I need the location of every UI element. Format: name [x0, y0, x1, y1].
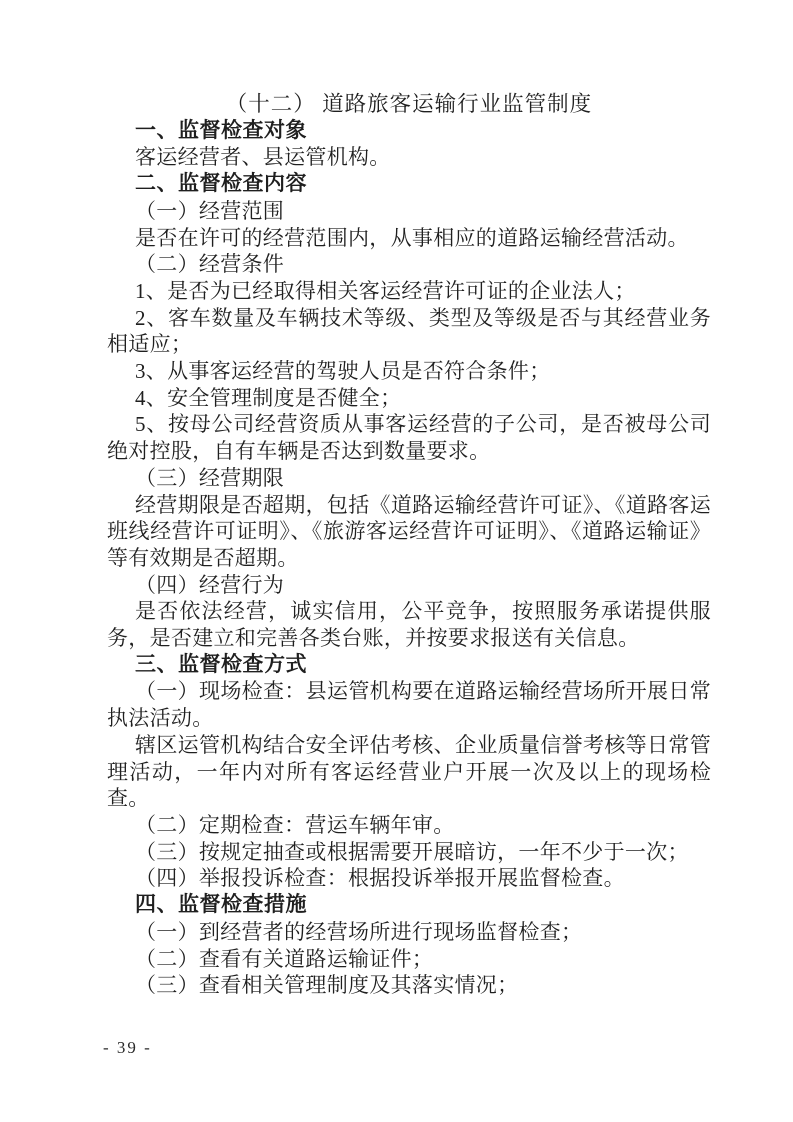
paragraph: （四）经营行为 [107, 572, 711, 599]
paragraph: 是否依法经营，诚实信用，公平竞争，按照服务承诺提供服务，是否建立和完善各类台账，… [107, 598, 711, 651]
section-heading-inspection-content: 二、监督检查内容 [107, 171, 711, 198]
paragraph: （一）到经营者的经营场所进行现场监督检查； [107, 919, 711, 946]
list-item: 2、客车数量及车辆技术等级、类型及等级是否与其经营业务相适应； [107, 305, 711, 358]
section-heading-inspection-methods: 三、监督检查方式 [107, 652, 711, 679]
paragraph: 辖区运管机构结合安全评估考核、企业质量信誉考核等日常管理活动，一年内对所有客运经… [107, 732, 711, 812]
paragraph: （四）举报投诉检查：根据投诉举报开展监督检查。 [107, 865, 711, 892]
paragraph: （三）查看相关管理制度及其落实情况； [107, 972, 711, 999]
list-item: 1、是否为已经取得相关客运经营许可证的企业法人； [107, 278, 711, 305]
paragraph: 是否在许可的经营范围内，从事相应的道路运输经营活动。 [107, 225, 711, 252]
list-item: 4、安全管理制度是否健全； [107, 385, 711, 412]
document-page: （十二） 道路旅客运输行业监管制度 一、监督检查对象 客运经营者、县运管机构。 … [0, 0, 793, 1122]
paragraph: （二）查看有关道路运输证件； [107, 946, 711, 973]
list-item: 5、按母公司经营资质从事客运经营的子公司，是否被母公司绝对控股，自有车辆是否达到… [107, 411, 711, 464]
page-title: （十二） 道路旅客运输行业监管制度 [107, 91, 711, 118]
document-content: （十二） 道路旅客运输行业监管制度 一、监督检查对象 客运经营者、县运管机构。 … [107, 91, 711, 999]
paragraph: （三）经营期限 [107, 465, 711, 492]
paragraph: （三）按规定抽查或根据需要开展暗访，一年不少于一次； [107, 839, 711, 866]
paragraph: 经营期限是否超期，包括《道路运输经营许可证》、《道路客运班线经营许可证明》、《旅… [107, 492, 711, 572]
paragraph: （二）定期检查：营运车辆年审。 [107, 812, 711, 839]
paragraph: （一）经营范围 [107, 198, 711, 225]
page-number: - 39 - [103, 1038, 152, 1058]
section-heading-inspection-targets: 一、监督检查对象 [107, 118, 711, 145]
section-heading-inspection-measures: 四、监督检查措施 [107, 892, 711, 919]
paragraph: （一）现场检查：县运管机构要在道路运输经营场所开展日常执法活动。 [107, 678, 711, 731]
paragraph: （二）经营条件 [107, 251, 711, 278]
list-item: 3、从事客运经营的驾驶人员是否符合条件； [107, 358, 711, 385]
paragraph: 客运经营者、县运管机构。 [107, 144, 711, 171]
